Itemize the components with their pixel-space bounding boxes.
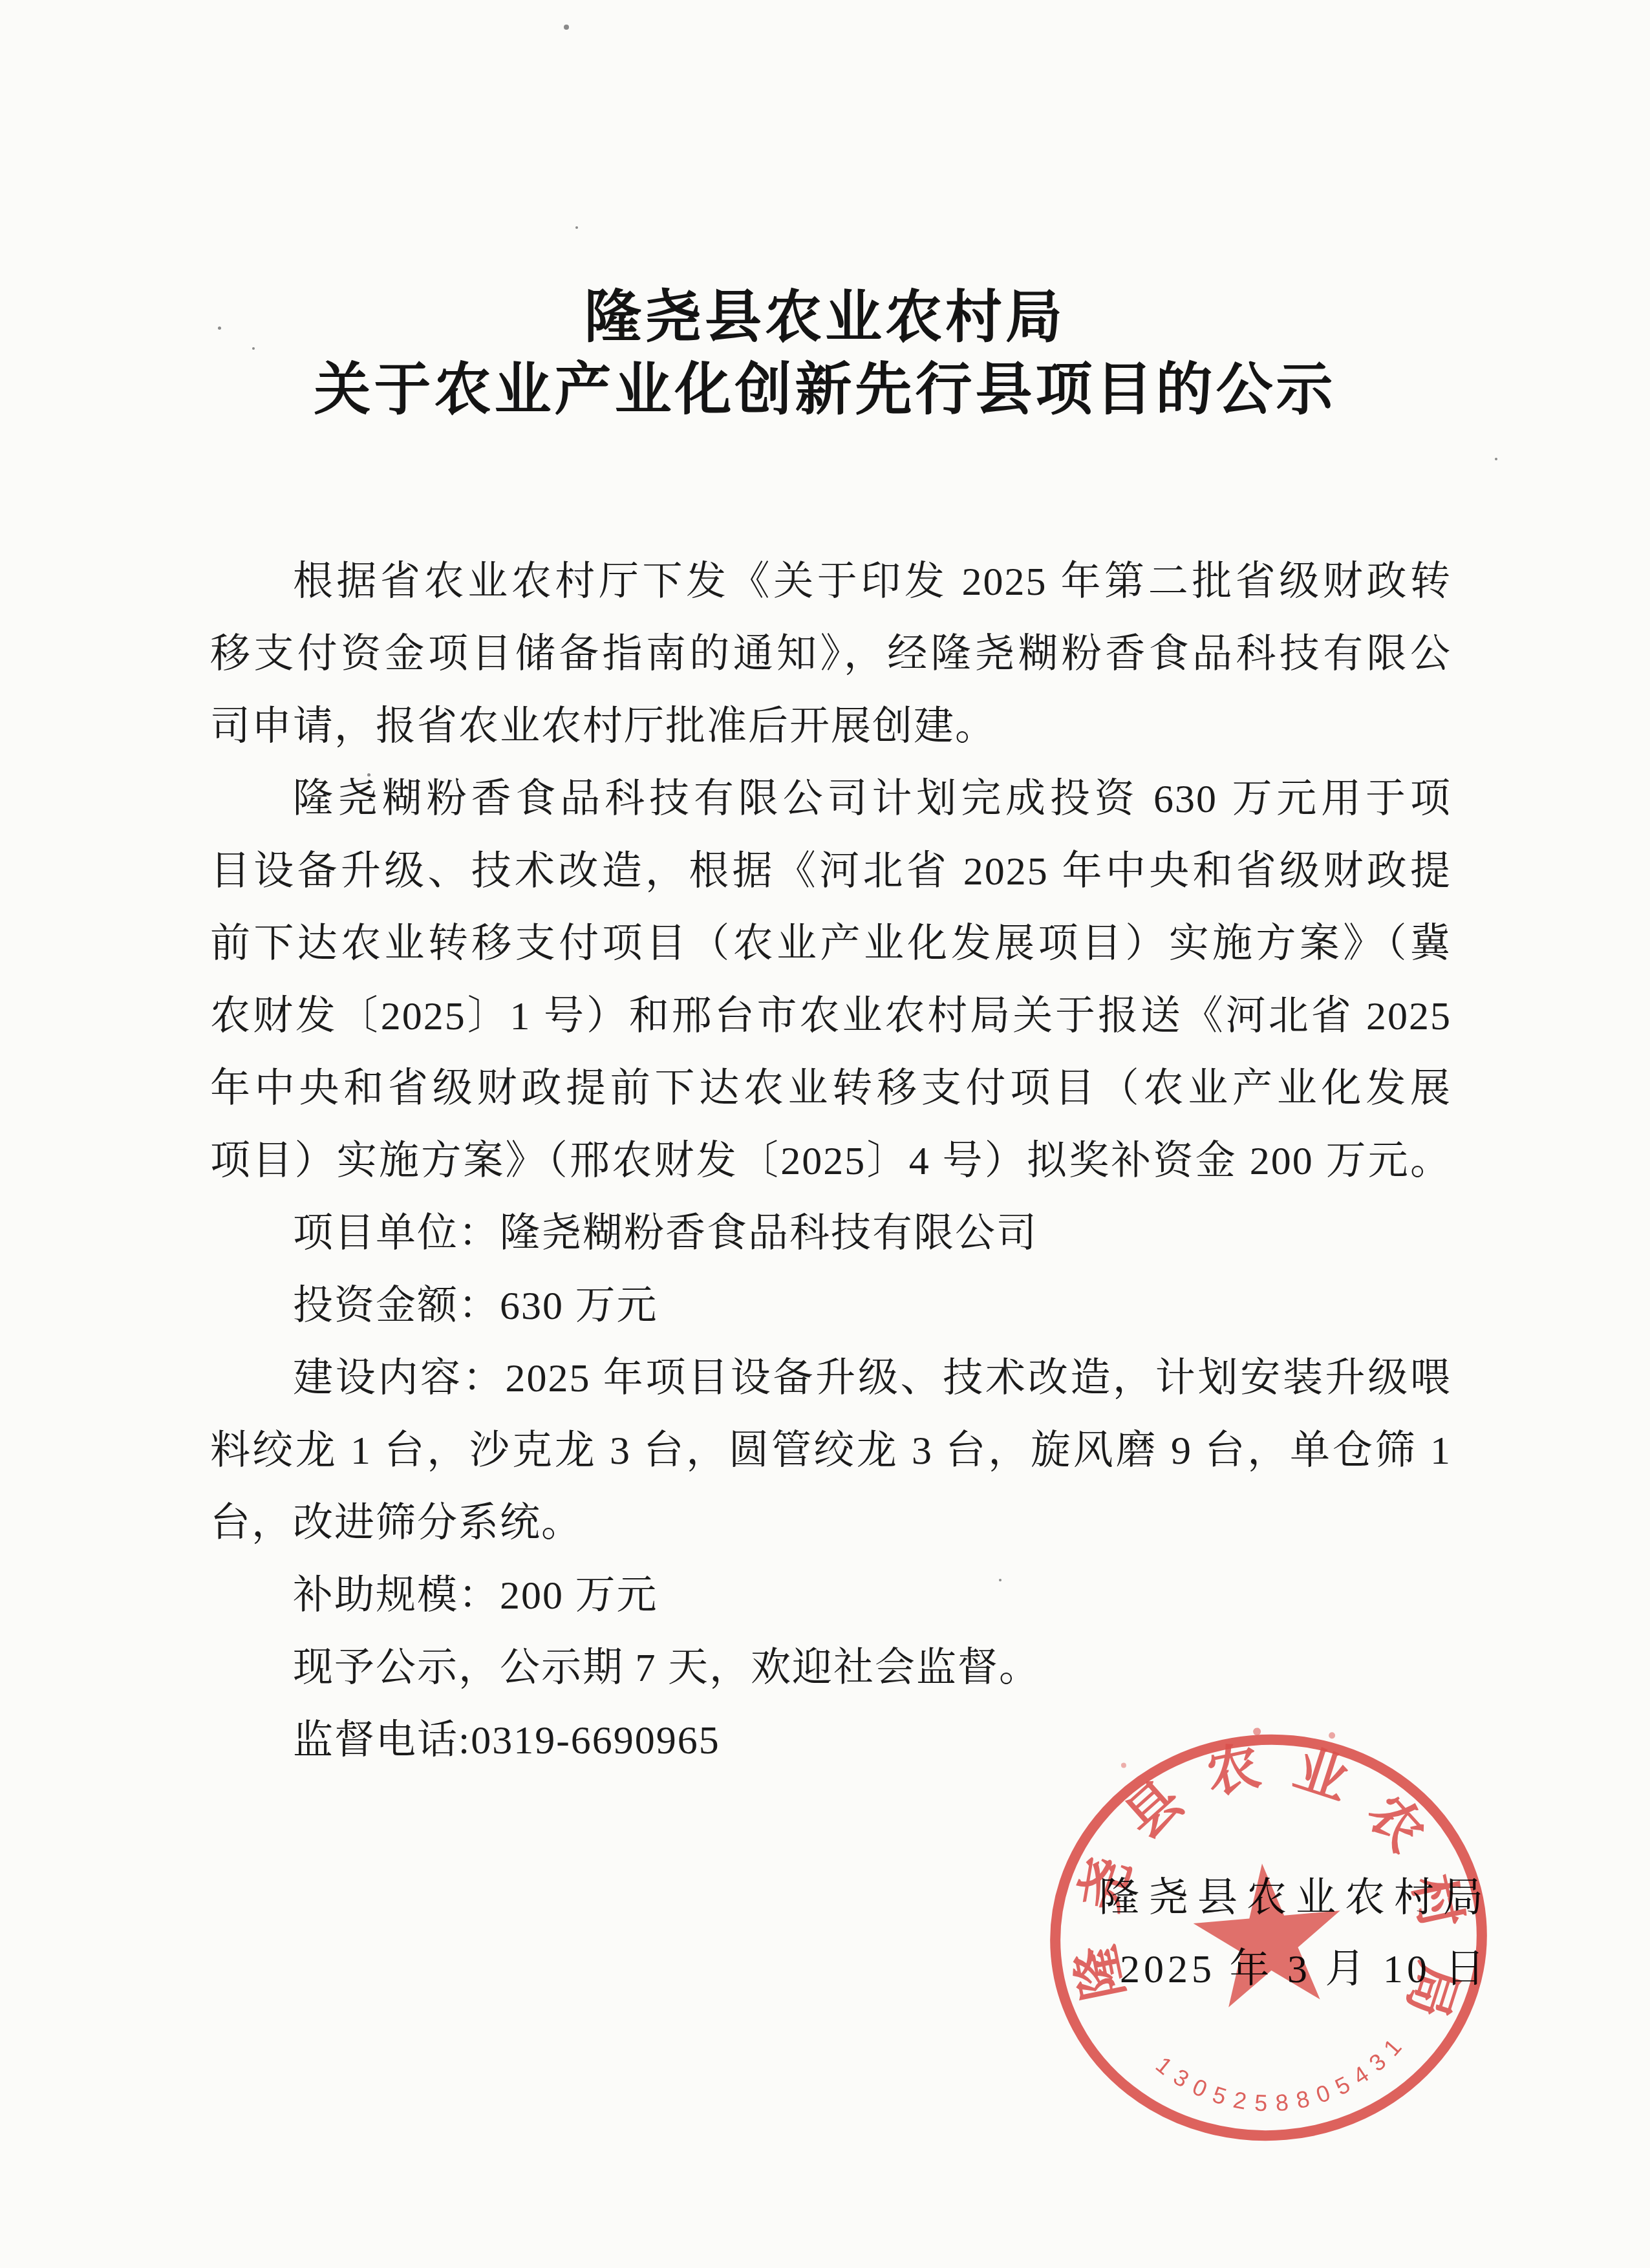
document-page: 隆尧县农业农村局 关于农业产业化创新先行县项目的公示 根据省农业农村厅下发《关于… — [0, 0, 1650, 2268]
body-line: 投资金额：630 万元 — [210, 1270, 1452, 1342]
body-line: 补助规模：200 万元 — [210, 1559, 1452, 1632]
body-line: 农财发〔2025〕1 号）和邢台市农业农村局关于报送《河北省 2025 — [210, 980, 1452, 1053]
body-line: 年中央和省级财政提前下达农业转移支付项目（农业产业化发展 — [210, 1053, 1452, 1125]
body-line: 司申请，报省农业农村厅批准后开展创建。 — [210, 690, 1452, 763]
body-line: 隆尧糊粉香食品科技有限公司计划完成投资 630 万元用于项 — [210, 763, 1452, 835]
scan-speck — [218, 326, 221, 330]
body-line: 项目单位：隆尧糊粉香食品科技有限公司 — [210, 1197, 1452, 1270]
scan-speck — [999, 1579, 1002, 1581]
seal-smudge — [1329, 1732, 1336, 1739]
scan-speck — [1495, 458, 1497, 460]
seal-smudge — [1253, 1728, 1261, 1736]
document-body: 根据省农业农村厅下发《关于印发 2025 年第二批省级财政转移支付资金项目储备指… — [210, 546, 1452, 1777]
seal-smudge — [1121, 1762, 1127, 1768]
official-seal: 隆尧县农业农村局 1305258805431 — [1025, 1709, 1512, 2167]
body-line: 建设内容：2025 年项目设备升级、技术改造，计划安装升级喂 — [210, 1342, 1452, 1415]
body-line: 料绞龙 1 台，沙克龙 3 台，圆管绞龙 3 台，旋风磨 9 台，单仓筛 1 — [210, 1415, 1452, 1487]
body-line: 现予公示，公示期 7 天，欢迎社会监督。 — [210, 1632, 1452, 1704]
scan-speck — [575, 226, 578, 229]
body-line: 前下达农业转移支付项目（农业产业化发展项目）实施方案》（冀 — [210, 908, 1452, 980]
star-icon — [1188, 1857, 1347, 2010]
body-line: 目设备升级、技术改造，根据《河北省 2025 年中央和省级财政提 — [210, 835, 1452, 908]
scan-speck — [564, 25, 569, 30]
document-title-line2: 关于农业产业化创新先行县项目的公示 — [0, 344, 1650, 425]
body-line: 台，改进筛分系统。 — [210, 1487, 1452, 1559]
body-line: 根据省农业农村厅下发《关于印发 2025 年第二批省级财政转 — [210, 546, 1452, 618]
scan-speck — [367, 773, 370, 776]
body-line: 移支付资金项目储备指南的通知》，经隆尧糊粉香食品科技有限公 — [210, 618, 1452, 690]
body-line: 项目）实施方案》（邢农财发〔2025〕4 号）拟奖补资金 200 万元。 — [210, 1125, 1452, 1197]
document-title-line1: 隆尧县农业农村局 — [0, 272, 1650, 353]
scan-speck — [252, 347, 255, 350]
